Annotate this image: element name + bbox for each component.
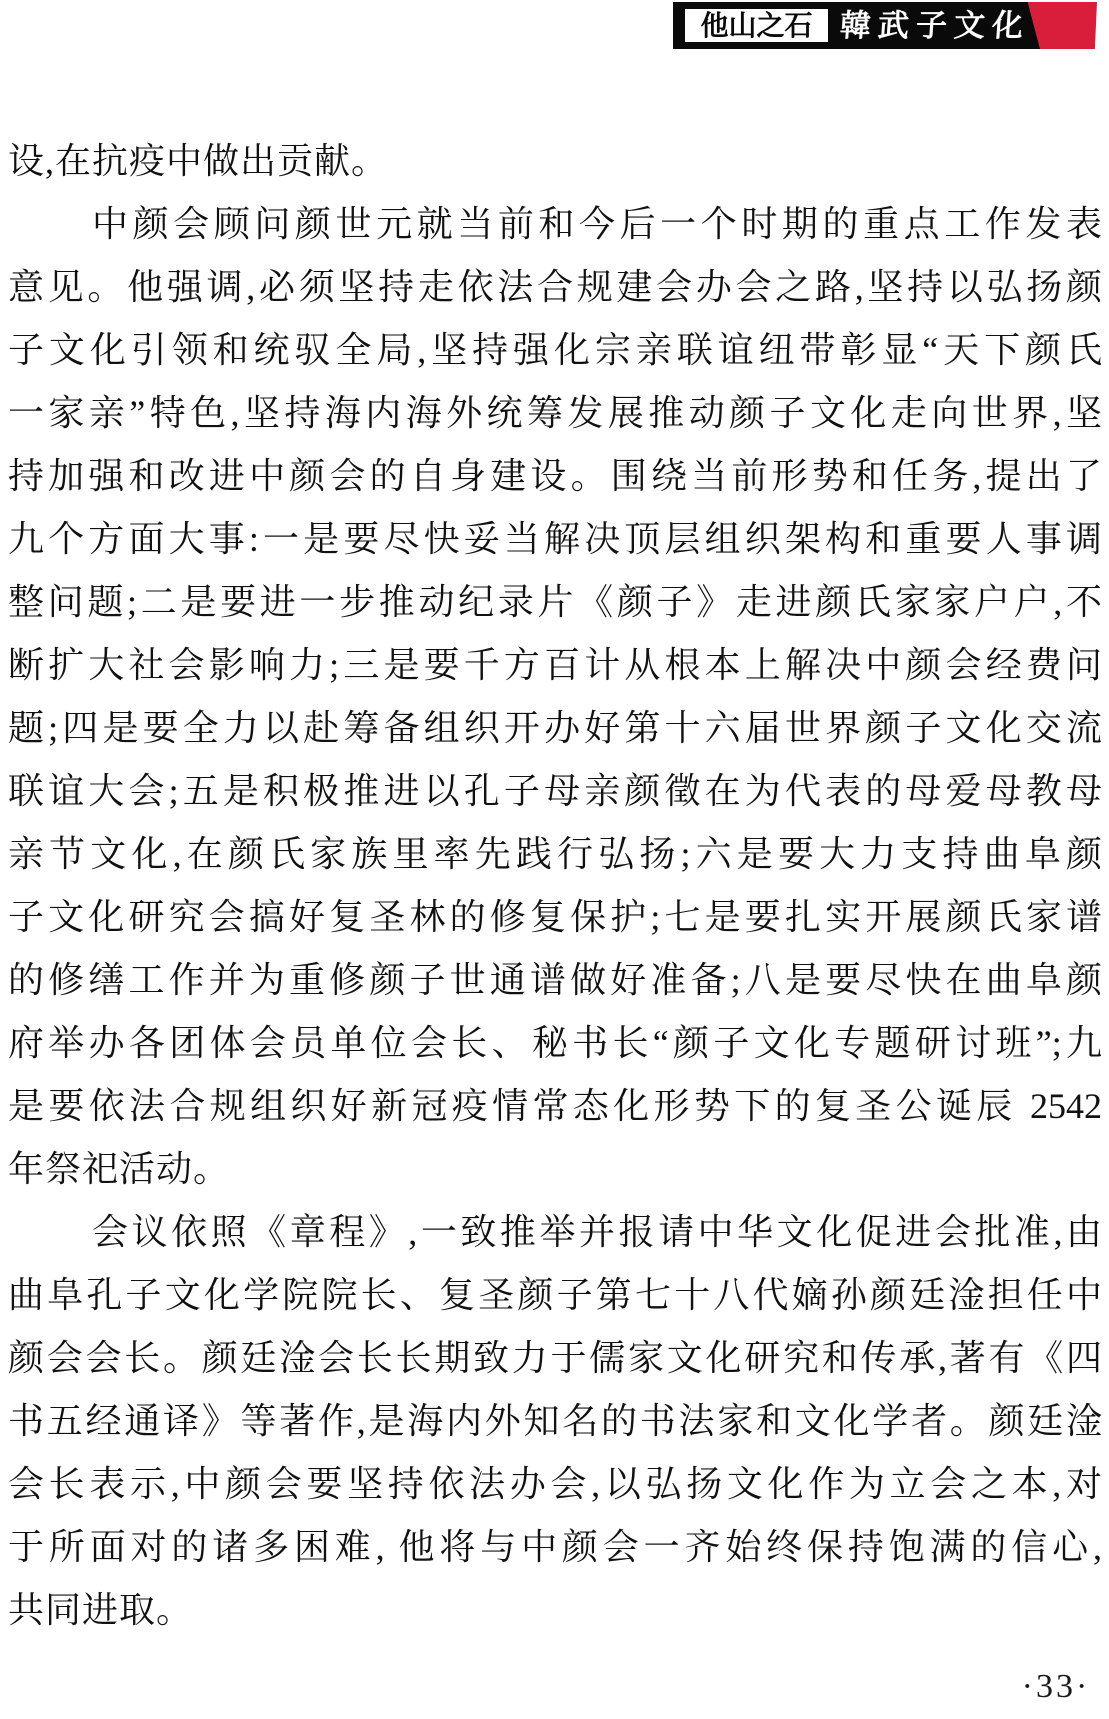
article-body: 设,在抗疫中做出贡献。中颜会顾问颜世元就当前和今后一个时期的重点工作发表意见。他… xyxy=(8,130,1102,1642)
text-line: 持加强和改进中颜会的自身建设。围绕当前形势和任务,提出了 xyxy=(8,445,1102,508)
text-line: 颜会会长。颜廷淦会长长期致力于儒家文化研究和传承,著有《四 xyxy=(8,1327,1102,1390)
text-line: 年祭祀活动。 xyxy=(8,1138,1102,1201)
text-line: 共同进取。 xyxy=(8,1579,1102,1642)
text-line: 断扩大社会影响力;三是要千方百计从根本上解决中颜会经费问 xyxy=(8,634,1102,697)
text-line: 中颜会顾问颜世元就当前和今后一个时期的重点工作发表 xyxy=(8,193,1102,256)
text-line: 一家亲”特色,坚持海内海外统筹发展推动颜子文化走向世界,坚 xyxy=(8,382,1102,445)
text-line: 府举办各团体会员单位会长、秘书长“颜子文化专题研讨班”;九 xyxy=(8,1012,1102,1075)
magazine-page: 他山之石 韓武子文化 设,在抗疫中做出贡献。中颜会顾问颜世元就当前和今后一个时期… xyxy=(0,0,1109,1719)
text-line: 曲阜孔子文化学院院长、复圣颜子第七十八代嫡孙颜廷淦担任中 xyxy=(8,1264,1102,1327)
text-line: 九个方面大事:一是要尽快妥当解决顶层组织架构和重要人事调 xyxy=(8,508,1102,571)
text-line: 题;四是要全力以赴筹备组织开办好第十六届世界颜子文化交流 xyxy=(8,697,1102,760)
header-banner: 他山之石 韓武子文化 xyxy=(673,2,1097,49)
text-line: 联谊大会;五是积极推进以孔子母亲颜徵在为代表的母爱母教母 xyxy=(8,760,1102,823)
text-line: 亲节文化,在颜氏家族里率先践行弘扬;六是要大力支持曲阜颜 xyxy=(8,823,1102,886)
text-line: 子文化引领和统驭全局,坚持强化宗亲联谊纽带彰显“天下颜氏 xyxy=(8,319,1102,382)
text-line: 是要依法合规组织好新冠疫情常态化形势下的复圣公诞辰 2542 xyxy=(8,1075,1102,1138)
text-line: 会长表示,中颜会要坚持依法办会,以弘扬文化作为立会之本,对 xyxy=(8,1453,1102,1516)
text-line: 子文化研究会搞好复圣林的修复保护;七是要扎实开展颜氏家谱 xyxy=(8,886,1102,949)
text-line: 意见。他强调,必须坚持走依法合规建会办会之路,坚持以弘扬颜 xyxy=(8,256,1102,319)
column-title: 韓武子文化 xyxy=(835,2,1034,49)
text-line: 的修缮工作并为重修颜子世通谱做好准备;八是要尽快在曲阜颜 xyxy=(8,949,1102,1012)
text-line: 设,在抗疫中做出贡献。 xyxy=(8,130,1102,193)
text-line: 整问题;二是要进一步推动纪录片《颜子》走进颜氏家家户户,不 xyxy=(8,571,1102,634)
series-label: 他山之石 xyxy=(700,12,812,40)
text-line: 会议依照《章程》,一致推举并报请中华文化促进会批准,由 xyxy=(8,1201,1102,1264)
series-label-box: 他山之石 xyxy=(683,7,830,44)
text-line: 于所面对的诸多困难, 他将与中颜会一齐始终保持饱满的信心, xyxy=(8,1516,1102,1579)
text-line: 书五经通译》等著作,是海内外知名的书法家和文化学者。颜廷淦 xyxy=(8,1390,1102,1453)
page-number: ·33· xyxy=(1008,1664,1104,1710)
